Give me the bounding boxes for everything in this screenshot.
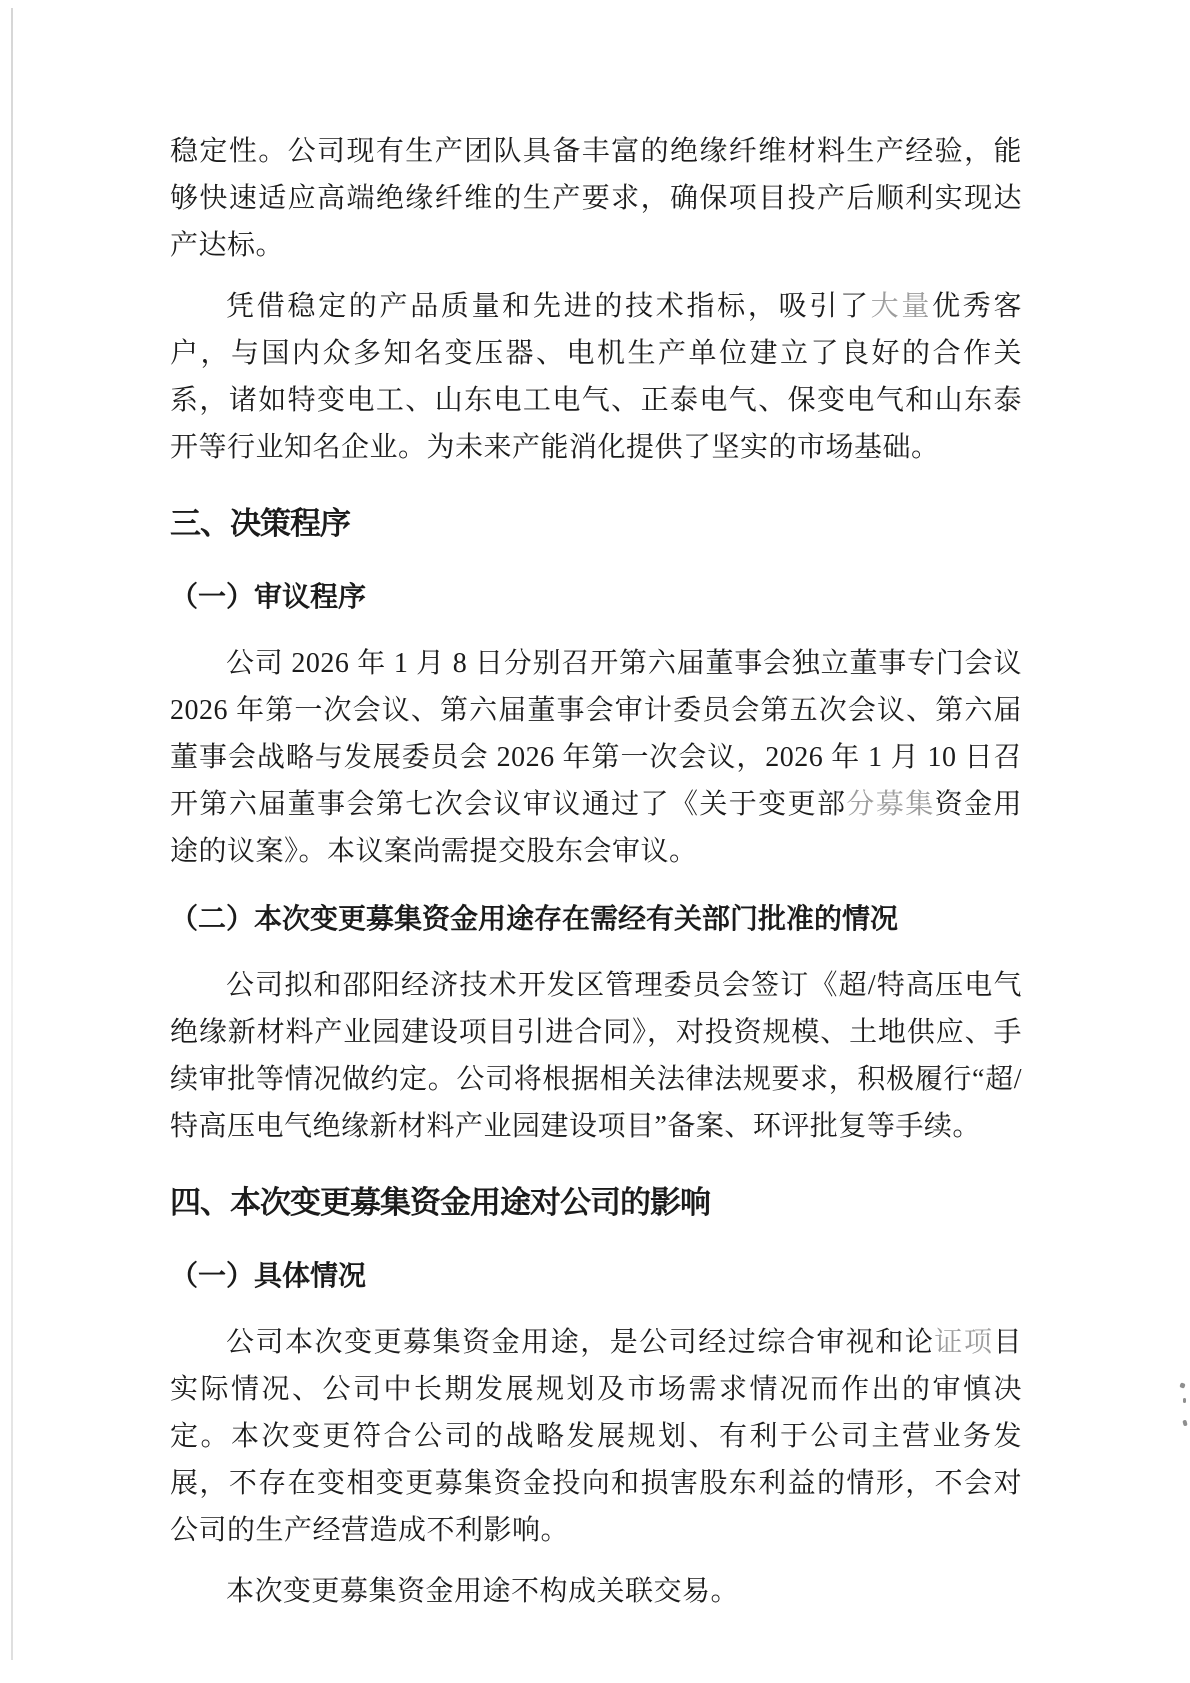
- subsection-heading: （一）具体情况: [170, 1252, 1022, 1299]
- body-paragraph: 公司拟和邵阳经济技术开发区管理委员会签订《超/特高压电气绝缘新材料产业园建设项目…: [170, 962, 1022, 1150]
- text-run: 本次变更募集资金用途不构成关联交易。: [226, 1576, 739, 1607]
- body-paragraph: 公司 2026 年 1 月 8 日分别召开第六届董事会独立董事专门会议 2026…: [170, 640, 1022, 875]
- subsection-heading: （一）审议程序: [170, 573, 1022, 620]
- text-run: （一）审议程序: [170, 581, 366, 612]
- text-run: 三、决策程序: [170, 506, 350, 541]
- body-paragraph: 本次变更募集资金用途不构成关联交易。: [170, 1568, 1022, 1615]
- text-run: 稳定性。公司现有生产团队具备丰富的绝缘纤维材料生产经验，能够快速适应高端绝缘纤维…: [170, 136, 1022, 261]
- section-heading: 四、本次变更募集资金用途对公司的影响: [170, 1180, 1022, 1226]
- faded-text-run: 分募集: [846, 789, 934, 820]
- scan-speck: [1179, 1382, 1185, 1388]
- faded-text-run: 证项: [934, 1327, 993, 1358]
- document-content: 稳定性。公司现有生产团队具备丰富的绝缘纤维材料生产经验，能够快速适应高端绝缘纤维…: [170, 128, 1022, 1629]
- text-run: （二）本次变更募集资金用途存在需经有关部门批准的情况: [170, 903, 898, 934]
- text-run: 目实际情况、公司中长期发展规划及市场需求情况而作出的审慎决定。本次变更符合公司的…: [170, 1327, 1022, 1546]
- text-run: 公司拟和邵阳经济技术开发区管理委员会签订《超/特高压电气绝缘新材料产业园建设项目…: [170, 970, 1022, 1142]
- faded-text-run: 大量: [871, 291, 932, 322]
- scan-speck: [1183, 1398, 1186, 1403]
- text-run: 四、本次变更募集资金用途对公司的影响: [170, 1185, 710, 1220]
- scan-speck: [1182, 1420, 1187, 1427]
- body-paragraph: 凭借稳定的产品质量和先进的技术指标，吸引了大量优秀客户，与国内众多知名变压器、电…: [170, 283, 1022, 471]
- body-paragraph: 稳定性。公司现有生产团队具备丰富的绝缘纤维材料生产经验，能够快速适应高端绝缘纤维…: [170, 128, 1022, 269]
- text-run: 凭借稳定的产品质量和先进的技术指标，吸引了: [226, 291, 871, 322]
- body-paragraph: 公司本次变更募集资金用途，是公司经过综合审视和论证项目实际情况、公司中长期发展规…: [170, 1319, 1022, 1554]
- subsection-heading: （二）本次变更募集资金用途存在需经有关部门批准的情况: [170, 895, 1022, 942]
- section-heading: 三、决策程序: [170, 501, 1022, 547]
- scan-edge-line: [11, 8, 13, 1660]
- text-run: （一）具体情况: [170, 1260, 366, 1291]
- text-run: 公司本次变更募集资金用途，是公司经过综合审视和论: [226, 1327, 934, 1358]
